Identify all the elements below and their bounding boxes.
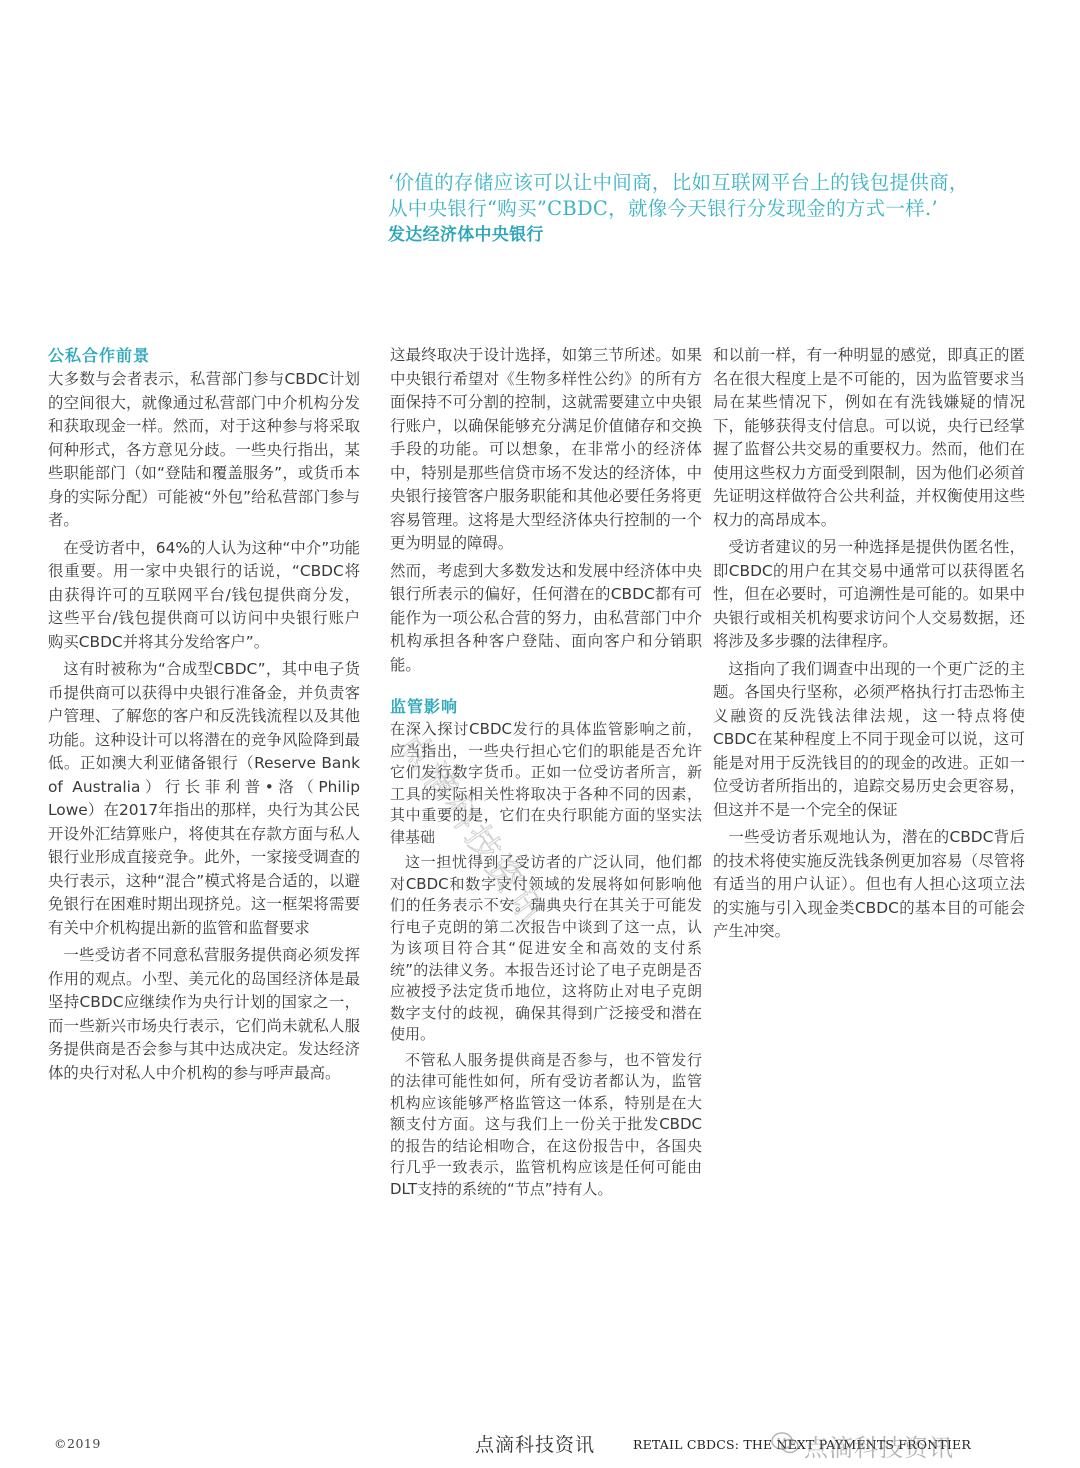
wechat-watermark: 点滴科技资讯 bbox=[770, 1428, 954, 1463]
section-heading-public-private: 公私合作前景 bbox=[48, 344, 360, 368]
pull-quote-attribution: 发达经济体中央银行 bbox=[388, 222, 988, 248]
column-3: 和以前一样，有一种明显的感觉，即真正的匿名在很大程度上是不可能的，因为监管要求当… bbox=[713, 344, 1025, 948]
paragraph: 这最终取决于设计选择，如第三节所述。如果中央银行希望对《生物多样性公约》的所有方… bbox=[390, 344, 702, 556]
pull-quote-text: ‘价值的存储应该可以让中间商，比如互联网平台上的钱包提供商，从中央银行“购买”C… bbox=[388, 170, 988, 222]
section-heading-regulatory-impact: 监管影响 bbox=[390, 695, 702, 719]
paragraph: 然而，考虑到大多数发达和发展中经济体中央银行所表示的偏好，任何潜在的CBDC都有… bbox=[390, 560, 702, 678]
paragraph: 和以前一样，有一种明显的感觉，即真正的匿名在很大程度上是不可能的，因为监管要求当… bbox=[713, 344, 1025, 532]
copyright: ©2019 bbox=[54, 1436, 101, 1451]
footer-brand: 点滴科技资讯 bbox=[475, 1430, 595, 1457]
paragraph: 受访者建议的另一种选择是提供伪匿名性，即CBDC的用户在其交易中通常可以获得匿名… bbox=[713, 536, 1025, 654]
paragraph: 在受访者中，64%的人认为这种“中介”功能很重要。用一家中央银行的话说，“CBD… bbox=[48, 537, 360, 655]
paragraph: 这有时被称为“合成型CBDC”，其中电子货币提供商可以获得中央银行准备金，并负责… bbox=[48, 658, 360, 940]
column-1: 公私合作前景 大多数与会者表示，私营部门参与CBDC计划的空间很大，就像通过私营… bbox=[48, 344, 360, 1089]
pull-quote: ‘价值的存储应该可以让中间商，比如互联网平台上的钱包提供商，从中央银行“购买”C… bbox=[388, 170, 988, 248]
wechat-icon bbox=[770, 1430, 804, 1462]
paragraph: 不管私人服务提供商是否参与，也不管发行的法律可能性如何，所有受访者都认为，监管机… bbox=[390, 1050, 702, 1201]
paragraph: 大多数与会者表示，私营部门参与CBDC计划的空间很大，就像通过私营部门中介机构分… bbox=[48, 368, 360, 533]
paragraph: 这指向了我们调查中出现的一个更广泛的主题。各国央行坚称，必须严格执行打击恐怖主义… bbox=[713, 658, 1025, 823]
paragraph: 一些受访者不同意私营服务提供商必须发挥作用的观点。小型、美元化的岛国经济体是最坚… bbox=[48, 944, 360, 1085]
paragraph: 这一担忧得到了受访者的广泛认同，他们都对CBDC和数字支付领域的发展将如何影响他… bbox=[390, 852, 702, 1046]
paragraph: 一些受访者乐观地认为，潜在的CBDC背后的技术将使实施反洗钱条例更加容易（尽管将… bbox=[713, 826, 1025, 944]
wechat-watermark-text: 点滴科技资讯 bbox=[804, 1428, 954, 1463]
paragraph: 在深入探讨CBDC发行的具体监管影响之前，应当指出，一些央行担心它们的职能是否允… bbox=[390, 719, 702, 848]
column-2: 这最终取决于设计选择，如第三节所述。如果中央银行希望对《生物多样性公约》的所有方… bbox=[390, 344, 702, 1204]
